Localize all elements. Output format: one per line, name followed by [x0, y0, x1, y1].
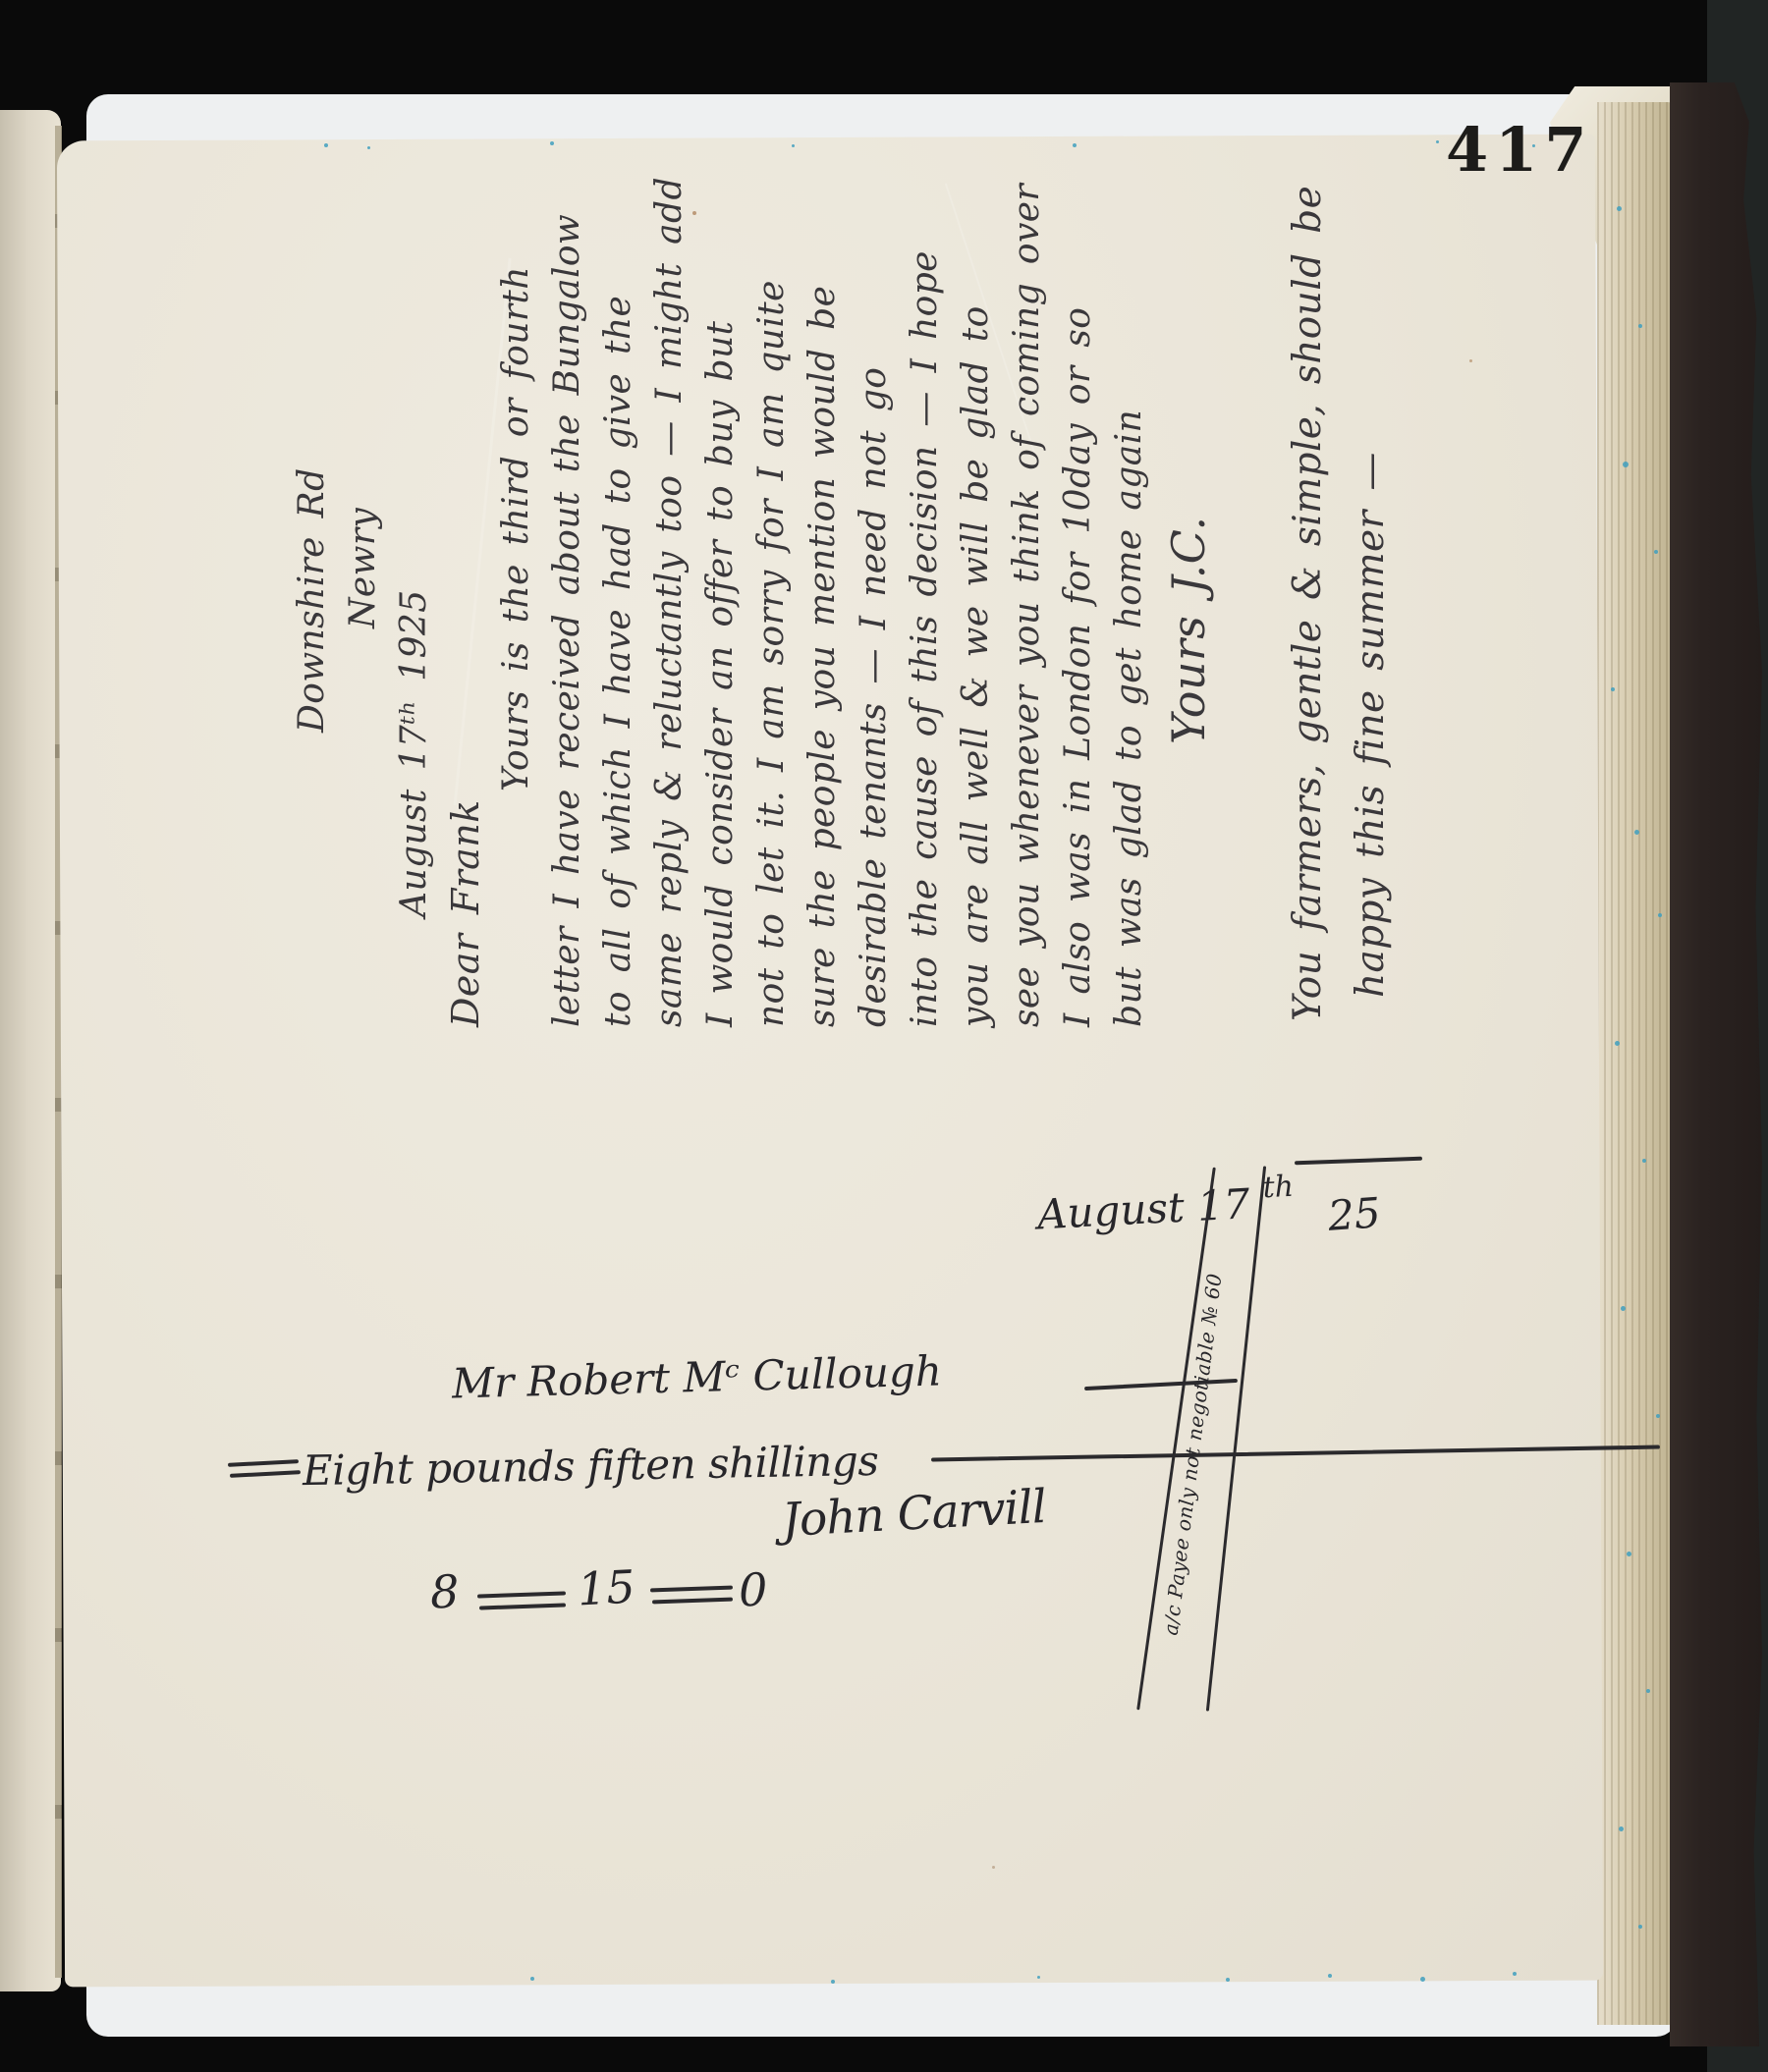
ink-speck [1638, 324, 1642, 328]
book-binding [1670, 82, 1762, 2046]
ink-speck [324, 143, 328, 147]
amount-pence-figure: 0 [738, 1563, 768, 1617]
letter-line: I would consider an offer to buy but [695, 137, 746, 1027]
letter-line: not to let it. I am sorry for I am quite [746, 137, 798, 1027]
ink-speck [1436, 140, 1439, 143]
ink-speck [1634, 830, 1639, 835]
letter-postscript: happy this fine summer — [1340, 137, 1403, 998]
letter-heading-town: Newry [338, 137, 389, 628]
letter-line: see you whenever you think of coming ove… [1002, 137, 1053, 1027]
letter-postscript: You farmers, gentle & simple, should be [1277, 137, 1340, 1021]
ink-speck [1226, 1978, 1230, 1982]
previous-page-edge [0, 110, 61, 1991]
letter-line: I also was in London for 10day or so [1053, 137, 1104, 1027]
amount-pounds-figure: 8 [429, 1565, 460, 1619]
ink-speck [1073, 143, 1077, 147]
letter-closing: Yours J.C. [1163, 137, 1234, 744]
ink-speck [1532, 144, 1535, 147]
ink-speck [1420, 1977, 1425, 1982]
ink-speck [530, 1977, 534, 1981]
ink-speck [1654, 550, 1658, 554]
ink-speck [1658, 913, 1662, 917]
cheque-year: 25 [1326, 1188, 1382, 1240]
ink-speck [367, 146, 370, 149]
ink-speck [1627, 1552, 1631, 1556]
ink-speck [1646, 1689, 1650, 1693]
page-stack-edge [1597, 102, 1678, 2025]
letter-salutation: Dear Frank [440, 137, 491, 1027]
letter-line: same reply & reluctantly too — I might a… [644, 137, 695, 1027]
ink-speck [1328, 1974, 1332, 1978]
letter-line: into the cause of this decision — I hope [900, 137, 951, 1027]
letter-date: August 17ᵗʰ 1925 [389, 137, 440, 917]
ink-speck [1617, 206, 1622, 211]
ink-speck [1623, 462, 1629, 467]
ink-speck [831, 1980, 835, 1984]
paper-spot [1469, 359, 1472, 362]
ink-speck [1037, 1976, 1040, 1979]
letter-line: you are all well & we will be glad to [951, 137, 1002, 1027]
ink-speck [792, 144, 795, 147]
ink-speck [1642, 1159, 1646, 1163]
ink-speck [1621, 1306, 1626, 1311]
ink-speck [1611, 687, 1615, 691]
letter-heading-street: Downshire Rd [287, 137, 338, 733]
handwritten-letter: Downshire Rd Newry August 17ᵗʰ 1925 Dear… [287, 137, 1554, 1027]
letter-line: letter I have received about the Bungalo… [542, 137, 593, 1027]
ink-speck [1619, 1827, 1624, 1831]
letter-line: desirable tenants — I need not go [849, 137, 900, 1027]
ink-speck [1615, 1041, 1620, 1046]
ink-speck [1513, 1972, 1517, 1976]
letter-line: sure the people you mention would be [798, 137, 849, 1027]
paper-spot [992, 1866, 995, 1869]
scanned-letterbook-page: 417 Downshire Rd Newry August 17ᵗʰ 1925 … [0, 0, 1768, 2072]
ink-speck [550, 141, 554, 145]
cheque-amount-words: Eight pounds fiften shillings [303, 1437, 879, 1495]
cheque-date-suffix: th [1262, 1170, 1295, 1206]
amount-shillings-figure: 15 [577, 1560, 636, 1616]
letter-line: but was glad to get home again [1104, 137, 1155, 1027]
letter-line: to all of which I have had to give the [593, 137, 644, 1027]
ink-speck [1656, 1414, 1660, 1418]
paper-spot [692, 211, 696, 215]
letter-line: Yours is the third or fourth [491, 137, 542, 1027]
ink-speck [1638, 1925, 1642, 1929]
